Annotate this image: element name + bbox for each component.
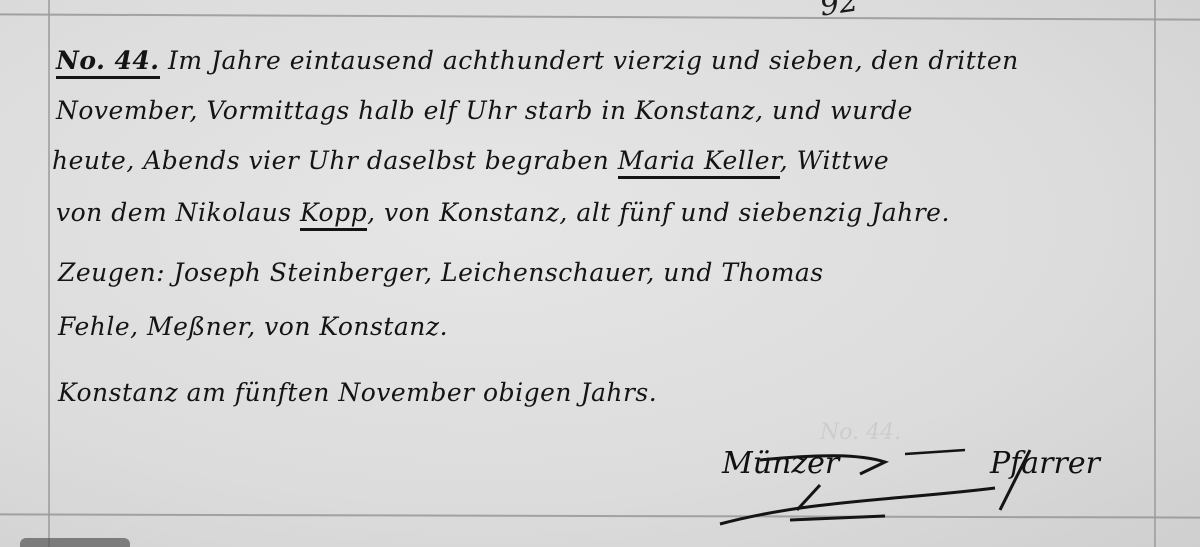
top-rule-line [0, 13, 1200, 20]
left-margin-line [48, 0, 50, 547]
entry-line-2: November, Vormittags halb elf Uhr starb … [56, 96, 913, 125]
entry-line-3-tail: , Wittwe [780, 146, 889, 175]
deceased-name: Maria Keller [618, 146, 780, 179]
binding-tab [20, 538, 130, 547]
right-margin-line [1154, 0, 1156, 547]
entry-line-1: No. 44. Im Jahre eintausend achthundert … [56, 46, 1019, 75]
document-page: No. 44. 92 No. 44. Im Jahre eintausend a… [0, 0, 1200, 547]
entry-number: No. 44. [56, 46, 160, 79]
husband-surname: Kopp [300, 198, 367, 231]
entry-line-6: Fehle, Meßner, von Konstanz. [58, 312, 448, 341]
entry-line-3-text: heute, Abends vier Uhr daselbst begraben [52, 146, 618, 175]
entry-line-4: von dem Nikolaus Kopp, von Konstanz, alt… [56, 198, 950, 227]
page-number: 92 [818, 0, 861, 23]
signature-flourish-icon [700, 440, 1100, 530]
entry-line-3: heute, Abends vier Uhr daselbst begraben… [52, 146, 889, 175]
entry-line-4-text: von dem Nikolaus [56, 198, 300, 227]
entry-line-1-text: Im Jahre eintausend achthundert vierzig … [168, 46, 1019, 75]
entry-line-7: Konstanz am fünften November obigen Jahr… [58, 378, 657, 407]
entry-line-5: Zeugen: Joseph Steinberger, Leichenschau… [58, 258, 824, 287]
entry-line-4-tail: , von Konstanz, alt fünf und siebenzig J… [367, 198, 950, 227]
